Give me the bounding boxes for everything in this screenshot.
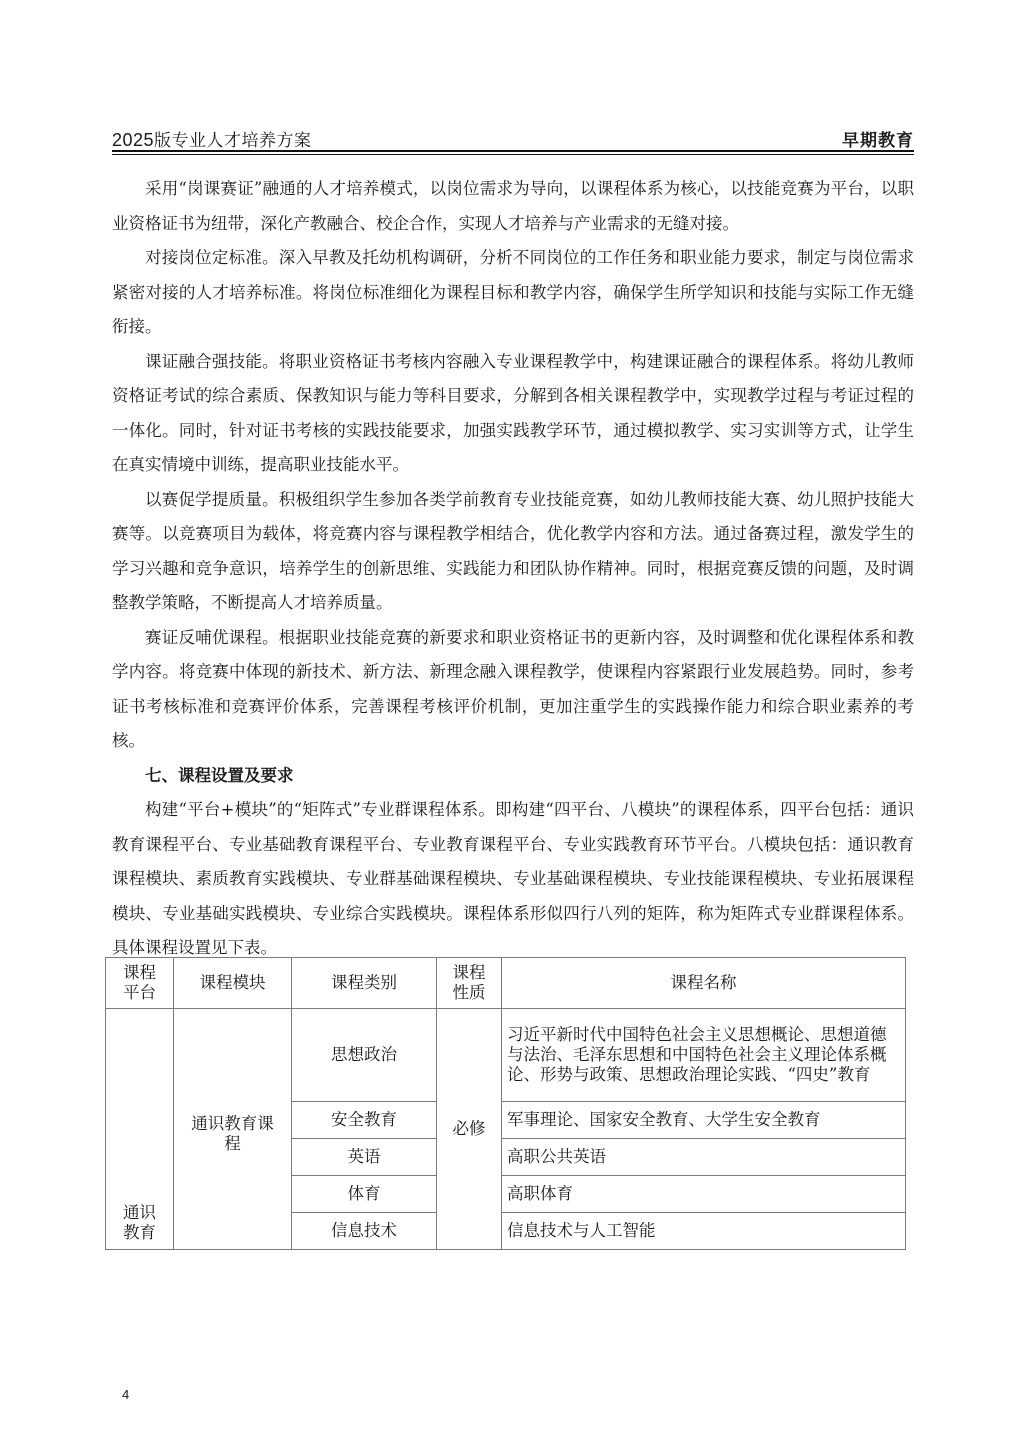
header-course-names: 课程名称 xyxy=(502,958,906,1009)
header-title-text: 版专业人才培养方案 xyxy=(154,131,312,151)
header-rule-thick xyxy=(112,150,914,152)
page-header: 2025版专业人才培养方案 早期教育 xyxy=(112,124,914,148)
cell-course-names: 军事理论、国家安全教育、大学生安全教育 xyxy=(502,1102,906,1139)
header-platform: 课程平台 xyxy=(106,958,174,1009)
cell-category: 安全教育 xyxy=(292,1102,437,1139)
header-major-name: 早期教育 xyxy=(842,126,914,151)
header-module: 课程模块 xyxy=(174,958,292,1009)
cell-course-names: 高职公共英语 xyxy=(502,1139,906,1176)
cell-category: 思想政治 xyxy=(292,1009,437,1102)
header-category: 课程类别 xyxy=(292,958,437,1009)
paragraph-competition: 以赛促学提质量。积极组织学生参加各类学前教育专业技能竞赛，如幼儿教师技能大赛、幼… xyxy=(112,483,914,621)
table-row: 通识教育 通识教育课程 思想政治 必修 习近平新时代中国特色社会主义思想概论、思… xyxy=(106,1009,906,1102)
cell-category: 英语 xyxy=(292,1139,437,1176)
cell-module: 通识教育课程 xyxy=(174,1009,292,1250)
header-year: 2025 xyxy=(112,130,154,150)
header-nature: 课程性质 xyxy=(437,958,502,1009)
page-number: 4 xyxy=(122,1387,129,1402)
paragraph-curriculum-system: 构建“平台+模块”的“矩阵式”专业群课程体系。即构建“四平台、八模块”的课程体系… xyxy=(112,793,914,966)
paragraph-intro: 采用“岗课赛证”融通的人才培养模式，以岗位需求为导向，以课程体系为核心，以技能竞… xyxy=(112,172,914,241)
cell-nature: 必修 xyxy=(437,1009,502,1250)
header-rule-thin xyxy=(112,154,914,155)
cell-course-names: 高职体育 xyxy=(502,1176,906,1213)
table-header-row: 课程平台 课程模块 课程类别 课程性质 课程名称 xyxy=(106,958,906,1009)
section-heading: 七、课程设置及要求 xyxy=(112,759,914,794)
document-body: 采用“岗课赛证”融通的人才培养模式，以岗位需求为导向，以课程体系为核心，以技能竞… xyxy=(112,172,914,966)
cell-course-names: 习近平新时代中国特色社会主义思想概论、思想道德与法治、毛泽东思想和中国特色社会主… xyxy=(502,1009,906,1102)
paragraph-feedback: 赛证反哺优课程。根据职业技能竞赛的新要求和职业资格证书的更新内容，及时调整和优化… xyxy=(112,621,914,759)
course-table: 课程平台 课程模块 课程类别 课程性质 课程名称 通识教育 通识教育课程 思想政… xyxy=(105,957,906,1250)
paragraph-post-standards: 对接岗位定标准。深入早教及托幼机构调研，分析不同岗位的工作任务和职业能力要求，制… xyxy=(112,241,914,345)
cell-category: 体育 xyxy=(292,1176,437,1213)
cell-course-names: 信息技术与人工智能 xyxy=(502,1213,906,1250)
cell-category: 信息技术 xyxy=(292,1213,437,1250)
header-document-title: 2025版专业人才培养方案 xyxy=(112,126,312,151)
cell-platform: 通识教育 xyxy=(106,1009,174,1250)
paragraph-course-certificate: 课证融合强技能。将职业资格证书考核内容融入专业课程教学中，构建课证融合的课程体系… xyxy=(112,345,914,483)
